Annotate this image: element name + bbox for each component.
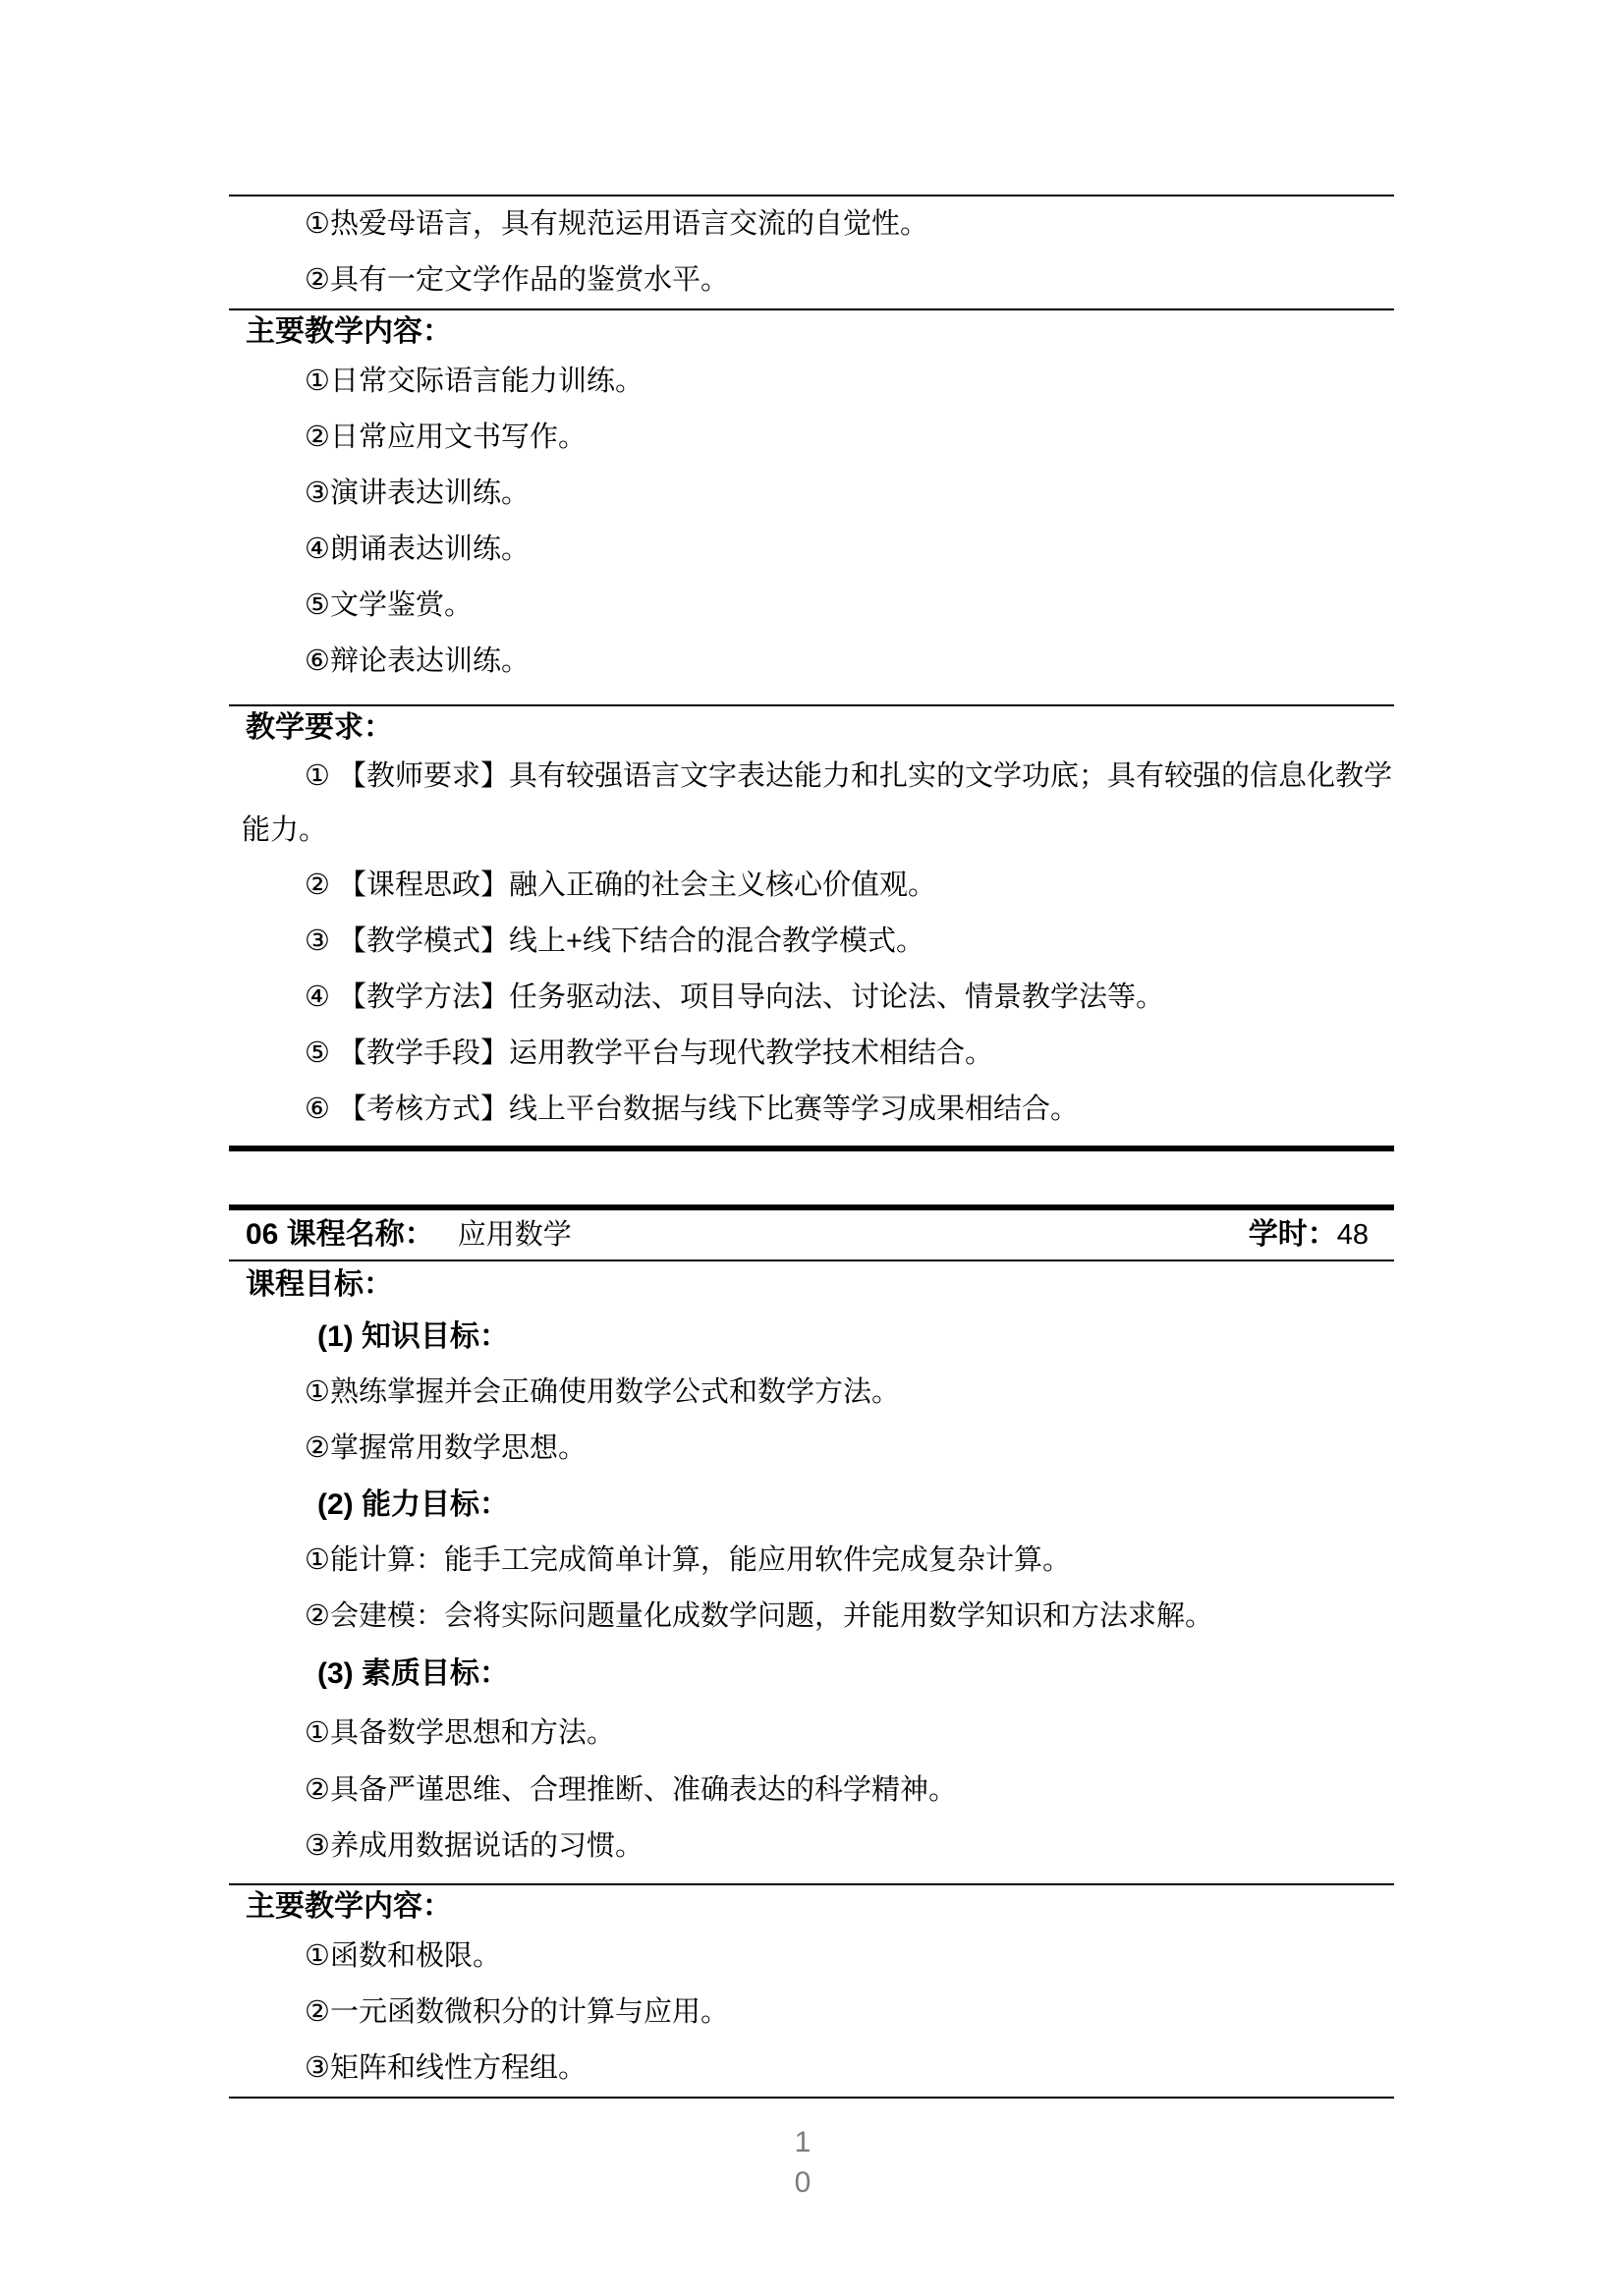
document-page: ①热爱母语言，具有规范运用语言交流的自觉性。 ②具有一定文学作品的鉴赏水平。 主… bbox=[0, 0, 1624, 2296]
goal-item: ①具备数学思想和方法。 bbox=[229, 1704, 1394, 1763]
table-gap bbox=[229, 1151, 1394, 1204]
objectives-row: ①热爱母语言，具有规范运用语言交流的自觉性。 ②具有一定文学作品的鉴赏水平。 bbox=[229, 195, 1394, 308]
course-goals-row: 课程目标： (1) 知识目标： ①熟练掌握并会正确使用数学公式和数学方法。 ②掌… bbox=[229, 1260, 1394, 1883]
goal-group-title-knowledge: (1) 知识目标： bbox=[229, 1309, 1394, 1365]
content-item: ③演讲表达训练。 bbox=[229, 466, 1394, 522]
teaching-content-row: 主要教学内容： ①日常交际语言能力训练。 ②日常应用文书写作。 ③演讲表达训练。… bbox=[229, 308, 1394, 704]
requirement-item: ③ 【教学模式】线上+线下结合的混合教学模式。 bbox=[229, 914, 1394, 970]
goal-item: ②具备严谨思维、合理推断、准确表达的科学精神。 bbox=[229, 1763, 1394, 1819]
section-header-course-goals: 课程目标： bbox=[229, 1261, 1394, 1309]
course-number-label: 06 课程名称： bbox=[229, 1218, 434, 1251]
page-number: 1 0 bbox=[795, 2122, 812, 2203]
section-header-teaching-content: 主要教学内容： bbox=[229, 1885, 1394, 1929]
goal-item: ①能计算：能手工完成简单计算，能应用软件完成复杂计算。 bbox=[229, 1533, 1394, 1589]
goal-item: ②会建模：会将实际问题量化成数学问题，并能用数学知识和方法求解。 bbox=[229, 1589, 1394, 1645]
course-hours: 学时：48 bbox=[1249, 1210, 1369, 1260]
document-content: ①热爱母语言，具有规范运用语言交流的自觉性。 ②具有一定文学作品的鉴赏水平。 主… bbox=[229, 195, 1394, 2099]
content-item: ④朗诵表达训练。 bbox=[229, 522, 1394, 578]
course-name: 应用数学 bbox=[458, 1219, 572, 1251]
page-number-digit: 1 bbox=[795, 2122, 812, 2162]
course-06-table: 06 课程名称：应用数学 学时：48 课程目标： (1) 知识目标： ①熟练掌握… bbox=[229, 1204, 1394, 2099]
requirement-item: ⑥ 【考核方式】线上平台数据与线下比赛等学习成果相结合。 bbox=[229, 1082, 1394, 1138]
content-item: ②一元函数微积分的计算与应用。 bbox=[229, 1985, 1394, 2041]
goal-group-title-quality: (3) 素质目标： bbox=[229, 1645, 1394, 1704]
objective-item: ②具有一定文学作品的鉴赏水平。 bbox=[229, 252, 1394, 308]
hours-label: 学时： bbox=[1249, 1218, 1337, 1251]
course-title-row: 06 课程名称：应用数学 学时：48 bbox=[229, 1204, 1394, 1260]
requirement-item-continuation: 能力。 bbox=[229, 804, 1394, 858]
content-item: ⑥辩论表达训练。 bbox=[229, 634, 1394, 690]
goal-item: ①熟练掌握并会正确使用数学公式和数学方法。 bbox=[229, 1365, 1394, 1421]
content-item: ③矩阵和线性方程组。 bbox=[229, 2041, 1394, 2097]
content-item: ②日常应用文书写作。 bbox=[229, 410, 1394, 466]
page-number-digit: 0 bbox=[795, 2162, 812, 2203]
hours-value: 48 bbox=[1337, 1219, 1369, 1251]
requirement-item: ① 【教师要求】具有较强语言文字表达能力和扎实的文学功底；具有较强的信息化教学 bbox=[229, 750, 1394, 804]
teaching-content-row-course06: 主要教学内容： ①函数和极限。 ②一元函数微积分的计算与应用。 ③矩阵和线性方程… bbox=[229, 1883, 1394, 2099]
content-item: ①函数和极限。 bbox=[229, 1929, 1394, 1985]
objective-item: ①热爱母语言，具有规范运用语言交流的自觉性。 bbox=[229, 196, 1394, 252]
content-item: ⑤文学鉴赏。 bbox=[229, 578, 1394, 634]
content-item: ①日常交际语言能力训练。 bbox=[229, 354, 1394, 410]
section-header-teaching-requirements: 教学要求： bbox=[229, 706, 1394, 750]
requirement-item: ④ 【教学方法】任务驱动法、项目导向法、讨论法、情景教学法等。 bbox=[229, 970, 1394, 1026]
goal-group-title-ability: (2) 能力目标： bbox=[229, 1477, 1394, 1533]
section-header-teaching-content: 主要教学内容： bbox=[229, 310, 1394, 354]
teaching-requirements-row: 教学要求： ① 【教师要求】具有较强语言文字表达能力和扎实的文学功底；具有较强的… bbox=[229, 704, 1394, 1151]
course-05-table: ①热爱母语言，具有规范运用语言交流的自觉性。 ②具有一定文学作品的鉴赏水平。 主… bbox=[229, 195, 1394, 1151]
requirement-item: ⑤ 【教学手段】运用教学平台与现代教学技术相结合。 bbox=[229, 1026, 1394, 1082]
goal-item: ②掌握常用数学思想。 bbox=[229, 1421, 1394, 1477]
goal-item: ③养成用数据说话的习惯。 bbox=[229, 1819, 1394, 1875]
requirement-item: ② 【课程思政】融入正确的社会主义核心价值观。 bbox=[229, 858, 1394, 914]
